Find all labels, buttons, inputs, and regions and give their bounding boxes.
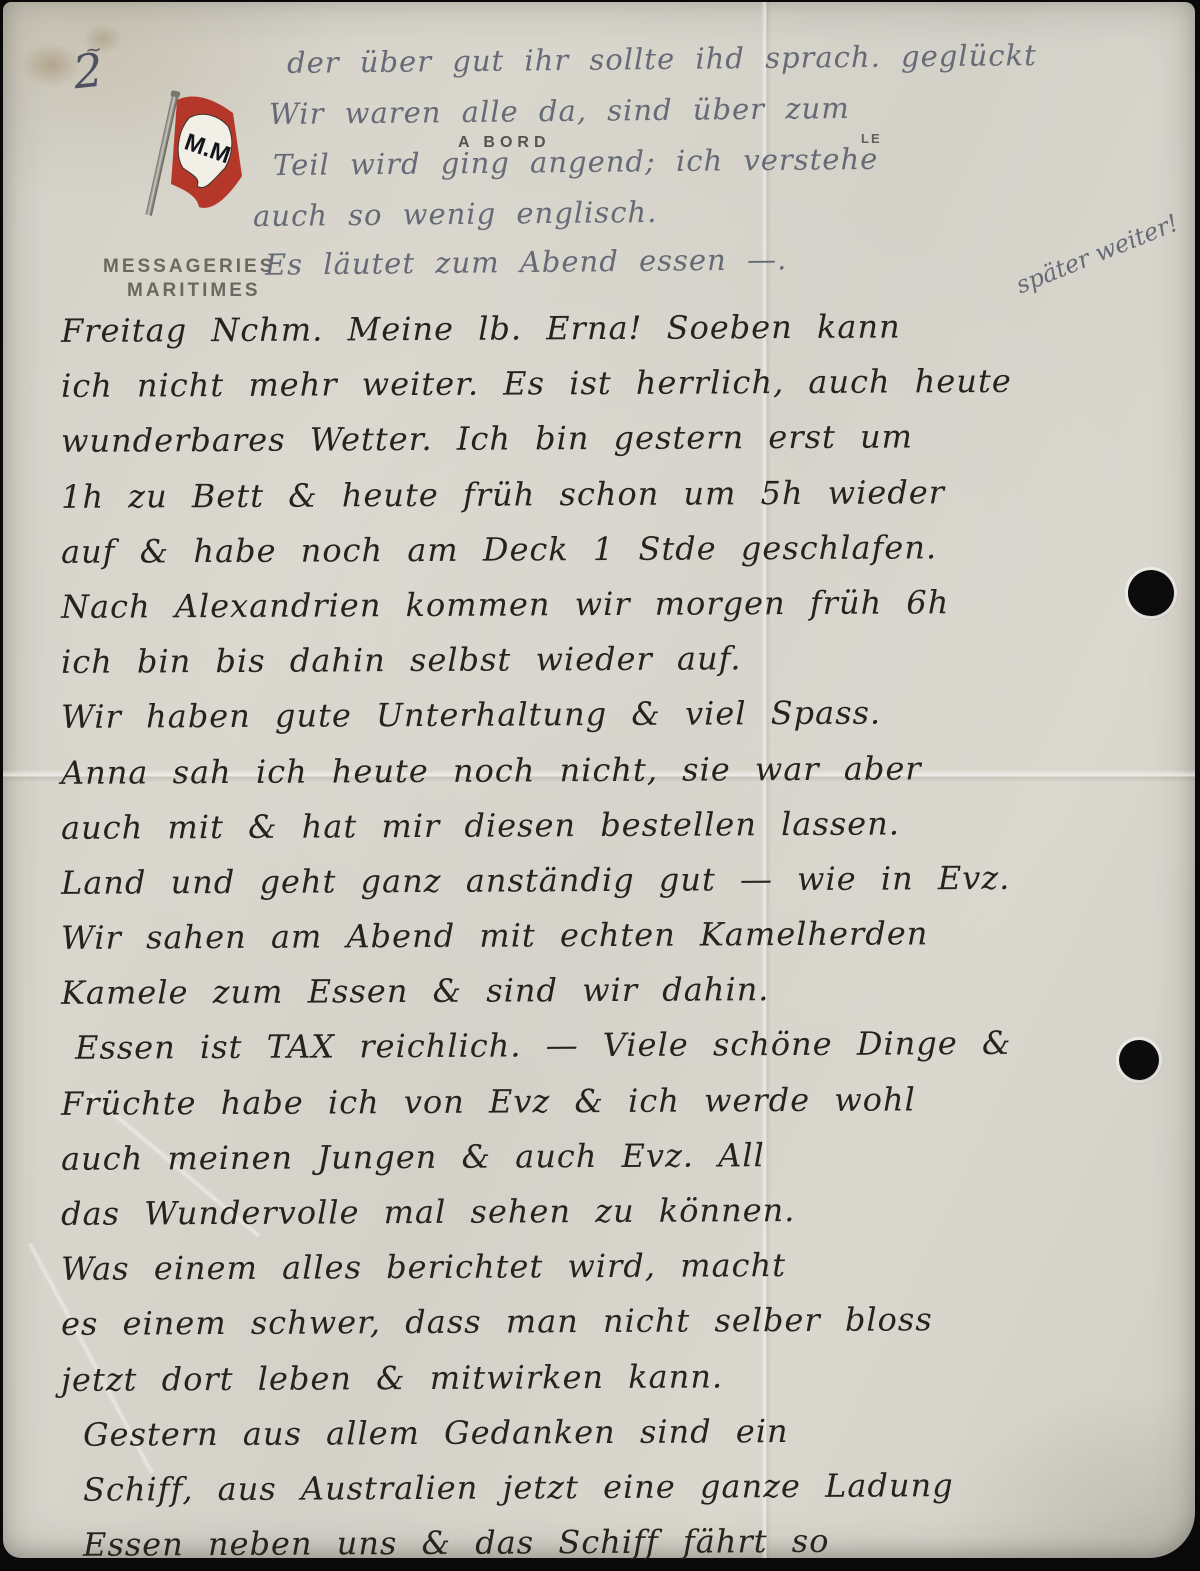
ink-line: jetzt dort leben & mitwirken kann. [61,1338,1161,1399]
ink-line: Anna sah ich heute noch nicht, sie war a… [61,731,1161,792]
ink-line: Land und geht ganz anständig gut — wie i… [61,841,1161,902]
pencil-side-note: später weiter! [1012,209,1182,300]
ink-line: Gestern aus allem Gedanken sind ein [61,1393,1161,1454]
ink-line: ich nicht mehr weiter. Es ist herrlich, … [61,344,1161,405]
letter-page: ~ 2 M.M MESSAGERIES MARITIMES [3,2,1195,1558]
pencil-note-line: Teil wird ging angend; ich verstehe [273,142,879,182]
ink-line: auf & habe noch am Deck 1 Stde geschlafe… [61,510,1161,571]
ink-line: Freitag Nchm. Meine lb. Erna! Soeben kan… [61,289,1161,350]
ink-line: Kamele zum Essen & sind wir dahin. [61,951,1161,1012]
ink-line: wunderbares Wetter. Ich bin gestern erst… [61,399,1161,460]
letterhead-company-name-line1: MESSAGERIES [103,256,275,278]
ink-line: Nach Alexandrien kommen wir morgen früh … [61,565,1161,626]
ink-line: Wir sahen am Abend mit echten Kamelherde… [61,896,1161,957]
pencil-note-line: Es läutet zum Abend essen —. [265,242,788,281]
page-number: ~ 2 [70,37,105,100]
ink-line: Essen ist TAX reichlich. — Viele schöne … [61,1007,1161,1068]
ink-line: Früchte habe ich von Evz & ich werde woh… [61,1062,1161,1123]
ink-line: Essen neben uns & das Schiff fährt so [61,1503,1161,1564]
letter-body: Freitag Nchm. Meine lb. Erna! Soeben kan… [61,292,1161,1561]
pencil-note-line: der über gut ihr sollte ihd sprach. gegl… [287,38,1037,80]
ink-line: das Wundervolle mal sehen zu können. [61,1172,1161,1233]
flag: M.M [171,96,242,207]
ink-line: Schiff, aus Australien jetzt eine ganze … [61,1448,1161,1509]
pencil-note-line: auch so wenig englisch. [253,195,658,233]
ink-line: Was einem alles berichtet wird, macht [61,1227,1161,1288]
pencil-note-line: Wir waren alle da, sind über zum [269,91,850,131]
ink-line: ich bin bis dahin selbst wieder auf. [61,620,1161,681]
hole-punch-dot [1128,570,1174,616]
ink-line: auch mit & hat mir diesen bestellen lass… [61,786,1161,847]
ink-line: Wir haben gute Unterhaltung & viel Spass… [61,675,1161,736]
ink-line: auch meinen Jungen & auch Evz. All [61,1117,1161,1178]
scanned-letter: ~ 2 M.M MESSAGERIES MARITIMES [0,0,1200,1571]
hole-punch-dot [1119,1040,1159,1080]
ink-line: es einem schwer, dass man nicht selber b… [61,1282,1161,1343]
ink-line: 1h zu Bett & heute früh schon um 5h wied… [61,455,1161,516]
